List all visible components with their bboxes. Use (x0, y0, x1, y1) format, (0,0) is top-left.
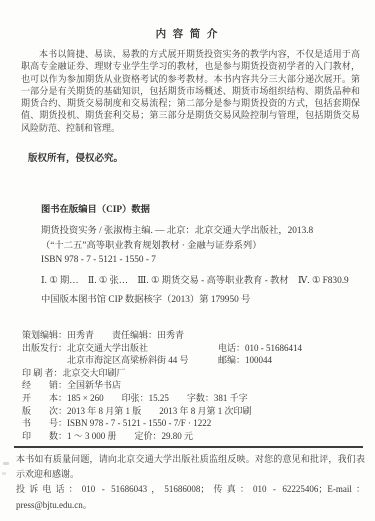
publication-row-phone: 电话：010 - 51686414 (218, 342, 302, 355)
book-copyright-page: 内 容 简 介 本书以简捷、易读、易教的方式展开期货投资实务的教学内容，不仅是适… (0, 0, 375, 521)
publication-row-left: 开 本：185 × 260 印张：15.25 字数：381 千字 (22, 393, 248, 403)
publication-row-left: 版 次：2013 年 8 月第 1 版 2013 年 8 月第 1 次印刷 (22, 406, 252, 416)
publication-row-editors: 策划编辑：田秀青 责任编辑：田秀青 (22, 329, 365, 342)
content-summary-paragraph: 本书以简捷、易读、易教的方式展开期货投资实务的教学内容，不仅是适用于高职高专金融… (21, 48, 360, 134)
cip-entry-line: 期货投资实务 / 张淑梅主编. — 北京：北京交通大学出版社，2013.8 (41, 224, 361, 239)
cip-record-number-line: 中国版本图书馆 CIP 数据核字（2013）第 179950 号 (41, 293, 361, 308)
publication-row-left: 印 数：1 ～ 3 000 册 定价：29.80 元 (22, 431, 193, 441)
publication-row-left: 书 号：ISBN 978 - 7 - 5121 - 1550 - 7/F · 1… (22, 418, 211, 428)
publication-row-postcode: 邮编：100044 (218, 354, 272, 367)
cip-data-block: 图书在版编目（CIP）数据 期货投资实务 / 张淑梅主编. — 北京：北京交通大… (41, 201, 361, 308)
scan-artifact (2, 472, 6, 475)
publication-row-left: 经 销：全国新华书店 (22, 380, 121, 390)
publication-row-left: 出版发行：北京交通大学出版社 (22, 343, 148, 353)
cip-series-line: （“十二五”高等职业教育规划教材 · 金融与证券系列） (41, 239, 361, 254)
publication-row-publisher: 出版发行：北京交通大学出版社 电话：010 - 51686414 (22, 342, 365, 355)
quality-notice-block: 本书如有质量问题，请向北京交通大学出版社质监组反映。对您的意见和批评，我们表示欢… (16, 452, 365, 513)
publication-row-left: 策划编辑：田秀青 责任编辑：田秀青 (22, 330, 184, 340)
publication-info-block: 策划编辑：田秀青 责任编辑：田秀青 出版发行：北京交通大学出版社 电话：010 … (22, 329, 365, 442)
complaint-contact-text: 投诉电话：010 - 51686043，51686008；传真：010 - 62… (16, 482, 365, 512)
publication-row-book-number: 书 号：ISBN 978 - 7 - 5121 - 1550 - 7/F · 1… (22, 417, 365, 430)
content-summary-title: 内 容 简 介 (0, 26, 375, 41)
publication-row-left: 北京市海淀区高梁桥斜街 44 号 (22, 355, 189, 365)
publication-row-edition: 版 次：2013 年 8 月第 1 版 2013 年 8 月第 1 次印刷 (22, 405, 365, 418)
cip-classification-line: Ⅰ. ① 期… Ⅱ. ① 张… Ⅲ. ① 期货交易 - 高等职业教育 - 教材 … (41, 274, 361, 289)
publication-row-left: 印 刷 者：北京交大印刷厂 (22, 368, 126, 378)
cip-heading: 图书在版编目（CIP）数据 (41, 201, 361, 215)
scan-artifact (3, 462, 9, 465)
footer-divider-rule (14, 446, 363, 448)
publication-row-print-run-price: 印 数：1 ～ 3 000 册 定价：29.80 元 (22, 430, 365, 443)
publication-row-distributor: 经 销：全国新华书店 (22, 379, 365, 392)
quality-notice-text: 本书如有质量问题，请向北京交通大学出版社质监组反映。对您的意见和批评，我们表示欢… (16, 452, 365, 482)
copyright-notice: 版权所有，侵权必究。 (28, 150, 123, 164)
publication-row-printer: 印 刷 者：北京交大印刷厂 (22, 367, 365, 380)
publication-row-address: 北京市海淀区高梁桥斜街 44 号 邮编：100044 (22, 354, 365, 367)
cip-isbn-line: ISBN 978 - 7 - 5121 - 1550 - 7 (41, 253, 361, 268)
publication-row-format: 开 本：185 × 260 印张：15.25 字数：381 千字 (22, 392, 365, 405)
